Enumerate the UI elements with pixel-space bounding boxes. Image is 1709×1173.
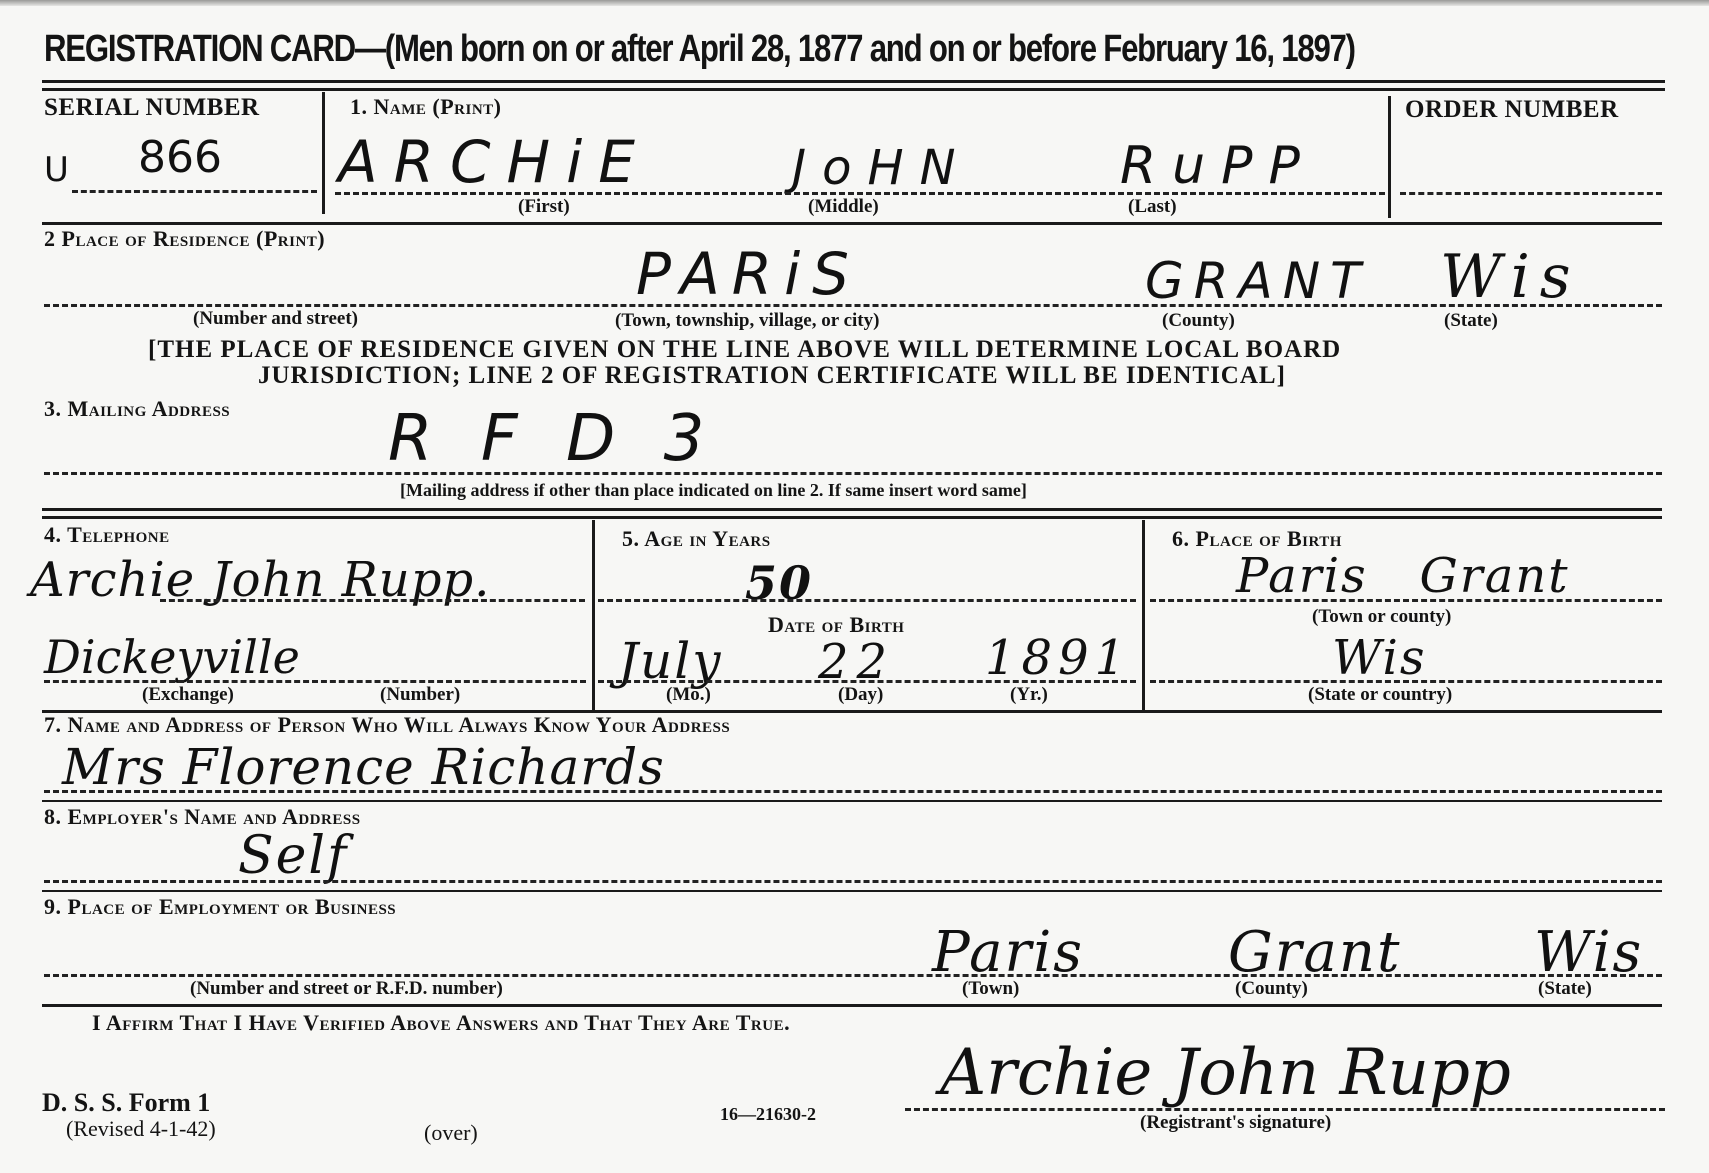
double-rule-mid-2 [42, 516, 1662, 519]
divider-phone-age [592, 520, 595, 710]
first-name-value[interactable]: ARCHiE [338, 128, 651, 196]
last-name-value[interactable]: RuPP [1120, 136, 1316, 196]
employer-value[interactable]: Self [238, 826, 348, 886]
print-code: 16—21630-2 [720, 1104, 816, 1125]
birth-town-county-value[interactable]: Paris Grant [1236, 548, 1570, 604]
contact-person-line [44, 790, 1662, 793]
registrant-signature[interactable]: Archie John Rupp [940, 1036, 1511, 1110]
divider-serial-name [322, 92, 325, 214]
town-or-county-caption: (Town or county) [1312, 606, 1451, 628]
state-or-country-caption: (State or country) [1308, 684, 1452, 706]
middle-name-value[interactable]: JoHN [792, 140, 972, 196]
residence-label: 2 Place of Residence (Print) [44, 226, 325, 252]
residence-state-value[interactable]: Wis [1440, 242, 1581, 312]
month-caption: (Mo.) [666, 684, 711, 706]
serial-prefix: U [44, 150, 69, 190]
street-caption: (Number and street) [193, 308, 358, 330]
employment-line [44, 974, 1662, 977]
dob-line [598, 680, 1136, 683]
telephone-label: 4. Telephone [44, 522, 170, 548]
telephone-exchange-value[interactable]: Dickeyville [44, 630, 300, 684]
form-revised: (Revised 4-1-42) [66, 1116, 216, 1142]
rule-before-affirmation [42, 1004, 1662, 1007]
contact-person-label: 7. Name and Address of Person Who Will A… [44, 712, 730, 738]
name-line [335, 192, 1385, 195]
first-caption: (First) [518, 196, 570, 218]
birth-state-value[interactable]: Wis [1332, 630, 1426, 686]
order-number-label: ORDER NUMBER [1405, 96, 1619, 124]
residence-town-value[interactable]: PARiS [636, 240, 861, 308]
employment-town-caption: (Town) [962, 978, 1019, 1000]
residence-county-value[interactable]: GRANT [1145, 252, 1371, 310]
birth-state-line [1150, 680, 1662, 683]
state-caption: (State) [1444, 310, 1498, 332]
card-title: REGISTRATION CARD—(Men born on or after … [44, 28, 1355, 71]
employment-county-caption: (County) [1235, 978, 1308, 1000]
divider-age-birthplace [1142, 520, 1145, 710]
rule-after-name [42, 222, 1662, 225]
birth-year-value[interactable]: 1891 [985, 630, 1131, 686]
last-caption: (Last) [1128, 196, 1177, 218]
over-note: (over) [424, 1120, 478, 1146]
double-rule-mid-1 [42, 508, 1662, 511]
mailing-address-caption: [Mailing address if other than place ind… [400, 480, 1027, 501]
rule-after-contact [42, 800, 1662, 802]
county-caption: (County) [1162, 310, 1235, 332]
signature-line [905, 1108, 1665, 1111]
day-caption: (Day) [838, 684, 883, 706]
form-name: D. S. S. Form 1 [42, 1088, 210, 1118]
mailing-address-line [44, 472, 1662, 475]
employment-street-caption: (Number and street or R.F.D. number) [190, 978, 503, 1000]
middle-caption: (Middle) [808, 196, 879, 218]
top-rule-1 [42, 80, 1665, 83]
number-caption: (Number) [380, 684, 460, 706]
exchange-caption: (Exchange) [142, 684, 234, 706]
place-of-employment-label: 9. Place of Employment or Business [44, 894, 396, 920]
affirmation-text: I Affirm That I Have Verified Above Answ… [92, 1010, 790, 1036]
order-number-line [1400, 192, 1662, 195]
telephone-line1 [160, 599, 585, 602]
rule-after-employer [42, 890, 1662, 892]
serial-number-value[interactable]: 866 [138, 132, 222, 183]
serial-number-line [72, 190, 317, 193]
telephone-line2 [44, 680, 586, 683]
jurisdiction-notice-1: [THE PLACE OF RESIDENCE GIVEN ON THE LIN… [148, 336, 1341, 364]
age-line [598, 599, 1136, 602]
employment-state-caption: (State) [1538, 978, 1592, 1000]
jurisdiction-notice-2: JURISDICTION; LINE 2 OF REGISTRATION CER… [258, 362, 1286, 390]
contact-person-value[interactable]: Mrs Florence Richards [62, 738, 665, 796]
divider-name-order [1388, 96, 1391, 218]
mailing-address-value[interactable]: R F D 3 [388, 402, 718, 476]
birth-town-line [1150, 599, 1662, 602]
signature-caption: (Registrant's signature) [1140, 1112, 1331, 1134]
mailing-address-label: 3. Mailing Address [44, 396, 230, 422]
top-rule-2 [42, 88, 1665, 91]
year-caption: (Yr.) [1010, 684, 1048, 706]
name-label: 1. Name (Print) [350, 94, 501, 120]
age-label: 5. Age in Years [622, 526, 771, 552]
employer-line [44, 880, 1662, 883]
scan-edge [0, 0, 1709, 6]
residence-line [44, 304, 1662, 307]
town-caption: (Town, township, village, or city) [615, 310, 879, 332]
serial-number-label: SERIAL NUMBER [44, 94, 260, 122]
